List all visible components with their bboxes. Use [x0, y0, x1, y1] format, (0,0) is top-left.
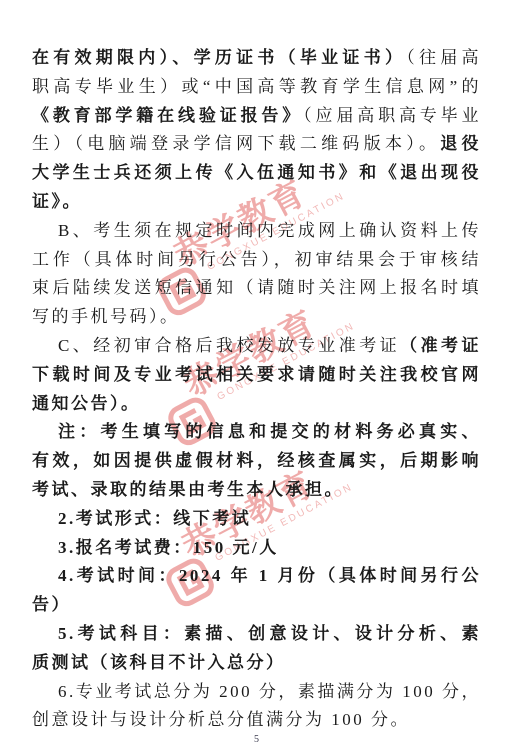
text-line: 5.考试科目：素描、创意设计、设计分析、素 — [32, 620, 481, 649]
text-line: 2.考试形式：线下考试 — [32, 505, 481, 534]
bold-text-segment: 《教育部学籍在线验证报告》 — [32, 106, 303, 125]
bold-text-segment: 通知公告）。 — [32, 394, 141, 413]
text-line: B、考生须在规定时间内完成网上确认资料上传 — [32, 217, 481, 246]
text-line: 注：考生填写的信息和提交的材料务必真实、 — [32, 418, 481, 447]
text-line: 生）（电脑端登录学信网下载二维码版本）。退役 — [32, 130, 481, 159]
text-line: C、经初审合格后我校发放专业准考证（准考证 — [32, 332, 481, 361]
text-segment: 职高专毕业生）或“中国高等教育学生信息网”的 — [32, 77, 481, 96]
text-segment: C、经初审合格后我校发放专业准考证 — [58, 336, 400, 355]
text-line: 告） — [32, 591, 481, 620]
bold-text-segment: 有效，如因提供虚假材料，经核查属实，后期影响 — [32, 451, 481, 470]
bold-text-segment: 下载时间及专业考试相关要求请随时关注我校官网 — [32, 365, 481, 384]
text-line: 6.专业考试总分为 200 分，素描满分为 100 分， — [32, 678, 481, 707]
bold-text-segment: 5.考试科目：素描、创意设计、设计分析、素 — [58, 624, 481, 643]
text-line: 考试、录取的结果由考生本人承担。 — [32, 476, 481, 505]
text-line: 工作（具体时间另行公告），初审结果会于审核结 — [32, 246, 481, 275]
text-segment: B、考生须在规定时间内完成网上确认资料上传 — [58, 221, 481, 240]
bold-text-segment: 4.考试时间：2024 年 1 月份（具体时间另行公 — [58, 566, 481, 585]
text-line: 质测试（该科目不计入总分） — [32, 649, 481, 678]
bold-text-segment: 告） — [32, 595, 71, 614]
text-segment: （往届高 — [406, 48, 481, 67]
bold-text-segment: 质测试（该科目不计入总分） — [32, 653, 286, 672]
text-segment: 创意设计与设计分析总分值满分为 100 分。 — [32, 710, 410, 729]
text-line: 证》。 — [32, 188, 481, 217]
text-line: 4.考试时间：2024 年 1 月份（具体时间另行公 — [32, 562, 481, 591]
text-segment: 写的手机号码）。 — [32, 307, 180, 326]
text-line: 束后陆续发送短信通知（请随时关注网上报名时填 — [32, 274, 481, 303]
bold-text-segment: 3.报名考试费：150 元/人 — [58, 538, 279, 557]
text-line: 大学生士兵还须上传《入伍通知书》和《退出现役 — [32, 159, 481, 188]
text-line: 下载时间及专业考试相关要求请随时关注我校官网 — [32, 361, 481, 390]
text-line: 有效，如因提供虚假材料，经核查属实，后期影响 — [32, 447, 481, 476]
text-segment: 工作（具体时间另行公告），初审结果会于审核结 — [32, 250, 481, 269]
text-line: 在有效期限内）、学历证书（毕业证书）（往届高 — [32, 44, 481, 73]
bold-text-segment: 退役 — [440, 134, 481, 153]
text-line: 3.报名考试费：150 元/人 — [32, 534, 481, 563]
text-line: 写的手机号码）。 — [32, 303, 481, 332]
text-segment: 6.专业考试总分为 200 分，素描满分为 100 分， — [58, 682, 481, 701]
text-segment: 束后陆续发送短信通知（请随时关注网上报名时填 — [32, 278, 481, 297]
text-segment: 生）（电脑端登录学信网下载二维码版本）。 — [32, 134, 440, 153]
bold-text-segment: 2.考试形式：线下考试 — [58, 509, 251, 528]
bold-text-segment: 证》。 — [32, 192, 82, 211]
bold-text-segment: 在有效期限内）、学历证书（毕业证书） — [32, 48, 406, 67]
text-line: 职高专毕业生）或“中国高等教育学生信息网”的 — [32, 73, 481, 102]
document-page: 恭学教育 GONGXUE EDUCATION 恭学教育 GONGXUE EDUC… — [0, 0, 513, 755]
text-line: 《教育部学籍在线验证报告》（应届高职高专毕业 — [32, 102, 481, 131]
text-segment: （应届高职高专毕业 — [303, 106, 481, 125]
bold-text-segment: 考试、录取的结果由考生本人承担。 — [32, 480, 344, 499]
page-number: 5 — [0, 734, 513, 745]
bold-text-segment: （准考证 — [400, 336, 481, 355]
text-line: 创意设计与设计分析总分值满分为 100 分。 — [32, 706, 481, 735]
bold-text-segment: 注：考生填写的信息和提交的材料务必真实、 — [58, 422, 481, 441]
text-line: 通知公告）。 — [32, 390, 481, 419]
text-block: 在有效期限内）、学历证书（毕业证书）（往届高职高专毕业生）或“中国高等教育学生信… — [32, 44, 481, 735]
bold-text-segment: 大学生士兵还须上传《入伍通知书》和《退出现役 — [32, 163, 481, 182]
